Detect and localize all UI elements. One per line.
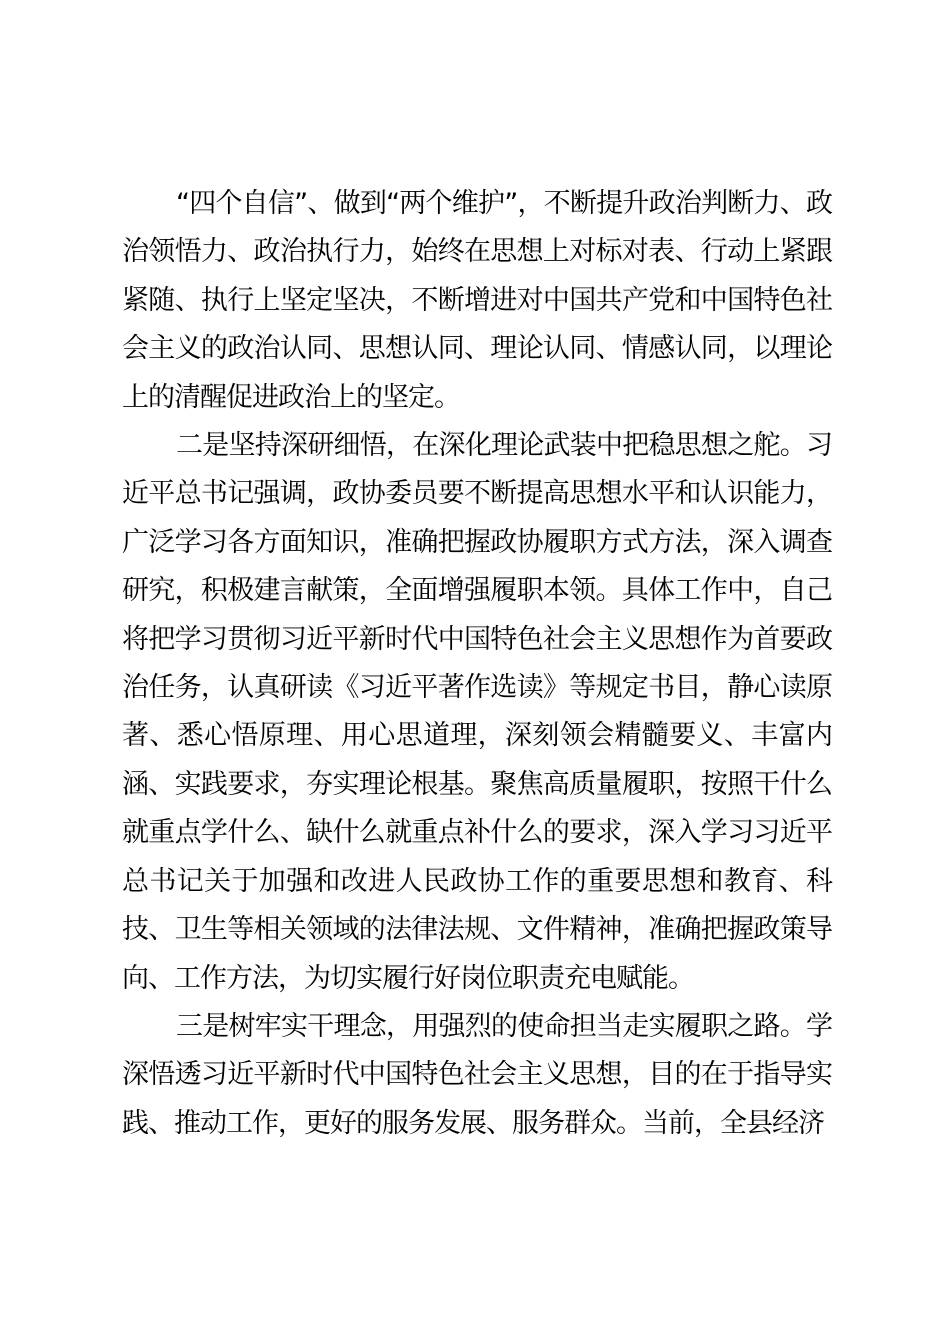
paragraph-3: 三是树牢实干理念，用强烈的使命担当走实履职之路。学深悟透习近平新时代中国特色社会… [122, 1003, 832, 1148]
paragraph-2: 二是坚持深研细悟，在深化理论武装中把稳思想之舵。习近平总书记强调，政协委员要不断… [122, 422, 832, 1003]
page: “四个自信”、做到“两个维护”，不断提升政治判断力、政治领悟力、政治执行力，始终… [0, 0, 950, 1344]
paragraph-1: “四个自信”、做到“两个维护”，不断提升政治判断力、政治领悟力、政治执行力，始终… [122, 180, 832, 422]
document-content: “四个自信”、做到“两个维护”，不断提升政治判断力、政治领悟力、政治执行力，始终… [122, 180, 832, 1148]
document-page: { "page": { "background_color": "#ffffff… [0, 0, 950, 1344]
